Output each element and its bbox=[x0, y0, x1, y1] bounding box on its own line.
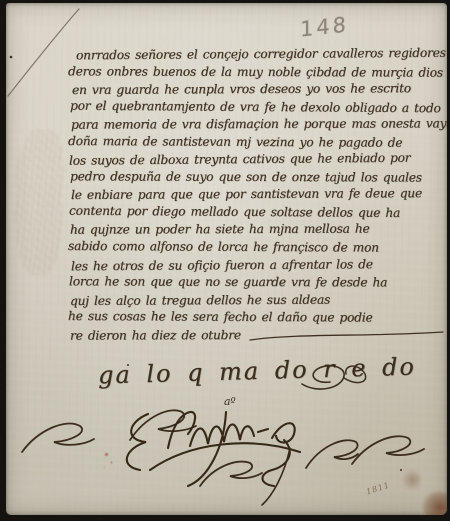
manuscript-line: pedro despuña de suyo que son de onze ta… bbox=[70, 168, 447, 187]
manuscript-line: ha qujnze un poder ha siete ha mjna mell… bbox=[70, 221, 447, 240]
ink-stain-small bbox=[403, 469, 422, 491]
manuscript-line: para memoria de vra disfamaçion he porqu… bbox=[71, 116, 447, 135]
manuscript-line: deros onbres buenos de la muy noble çibd… bbox=[68, 63, 447, 82]
wax-specks bbox=[105, 453, 108, 456]
ink-stain-corner bbox=[422, 491, 447, 515]
corner-note: 1811 bbox=[365, 481, 391, 496]
folio-number: 148 bbox=[300, 12, 349, 41]
signature-superscript: aº bbox=[224, 395, 236, 408]
manuscript-line: onrrados señores el conçejo corregidor c… bbox=[76, 45, 447, 65]
manuscript-line: en vra guarda he cunpla vros deseos yo v… bbox=[72, 80, 447, 100]
manuscript-line: le enbiare para que que por santistevan … bbox=[71, 185, 447, 205]
manuscript-line: les he otros de su ofiçio fueron a afren… bbox=[71, 255, 447, 275]
manuscript-line: por el quebrantamjento de vra fe he dexo… bbox=[70, 97, 447, 117]
manuscript-line: re dieron ha diez de otubre bbox=[70, 326, 447, 345]
paper-sheet: 148 onrrados señores el conçejo corregid… bbox=[6, 3, 447, 515]
manuscript-text-block: onrrados señores el conçejo corregidor c… bbox=[68, 46, 447, 344]
manuscript-line: he sus cosas he les sera fecho el daño q… bbox=[68, 308, 447, 328]
ink-showthrough bbox=[12, 128, 65, 276]
manuscript-line: los suyos de alboxa treynta cativos que … bbox=[69, 150, 447, 171]
manuscript-line: quj les alço la tregua dellos he sus ald… bbox=[70, 291, 447, 311]
closing-line: ga lo q ma do r e do bbox=[98, 353, 417, 390]
manuscript-scan: 148 onrrados señores el conçejo corregid… bbox=[0, 0, 450, 521]
manuscript-line: lorca he son que que no se guarde vra fe… bbox=[69, 273, 447, 292]
manuscript-line: sabido como alfonso de lorca he françisc… bbox=[68, 238, 447, 258]
